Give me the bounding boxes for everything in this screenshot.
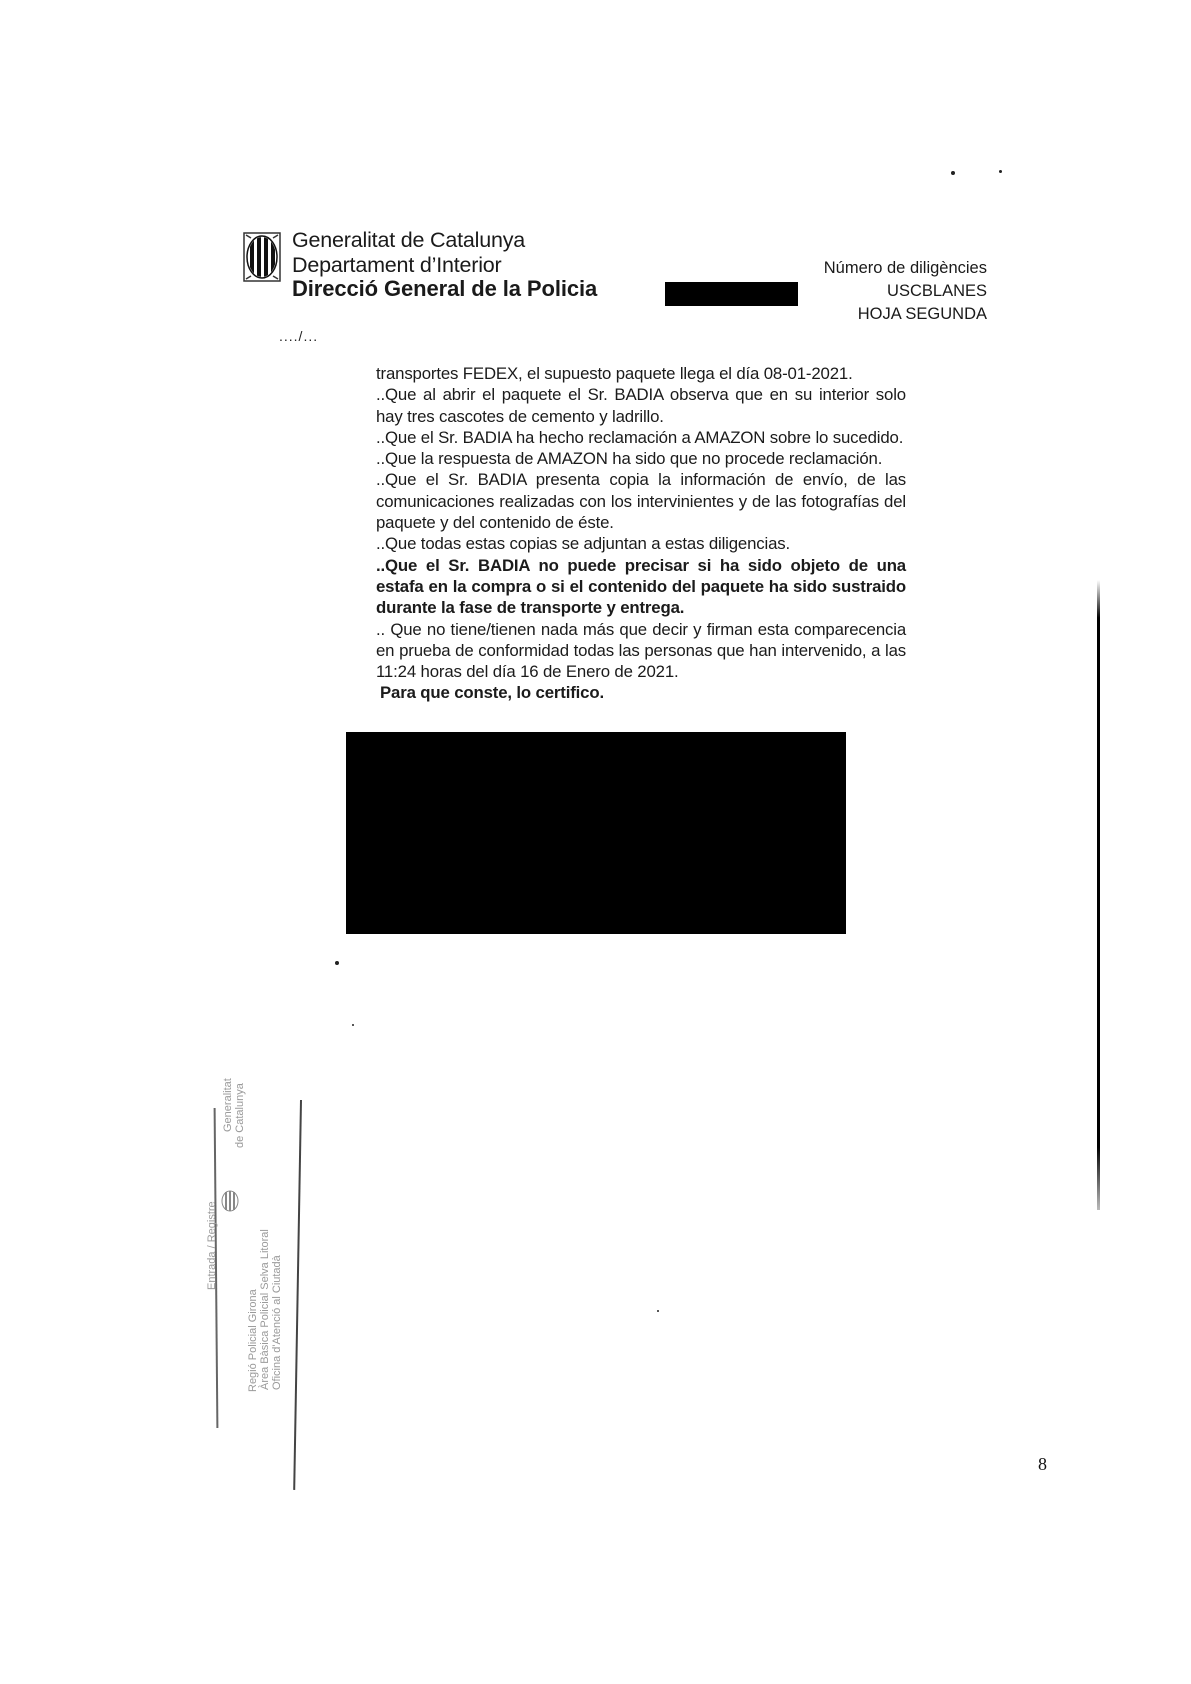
paragraph: ..Que todas estas copias se adjuntan a e… <box>376 533 906 554</box>
entry-stamp: Generalitat de Catalunya Regió Policial … <box>190 1090 310 1510</box>
stamp-text: Oficina d'Atenció al Ciutadà <box>271 1255 283 1390</box>
scan-speck <box>999 170 1002 173</box>
stamp-text: Regió Policial Girona <box>247 1289 259 1392</box>
stamp-text: de Catalunya <box>234 1083 246 1148</box>
paragraph: transportes FEDEX, el supuesto paquete l… <box>376 363 906 384</box>
scan-speck <box>352 1024 354 1026</box>
redacted-signature-block <box>346 732 846 934</box>
certification-line: Para que conste, lo certifico. <box>376 682 906 703</box>
page-number: 8 <box>1038 1454 1047 1475</box>
continuation-mark: ..../... <box>279 328 318 344</box>
paragraph: ..Que al abrir el paquete el Sr. BADIA o… <box>376 384 906 427</box>
org-name: Generalitat de Catalunya <box>292 227 525 253</box>
scan-speck <box>657 1310 659 1312</box>
document-body: transportes FEDEX, el supuesto paquete l… <box>376 363 906 704</box>
stamp-text: Entrada / Registre <box>206 1201 218 1290</box>
stamp-logo-icon <box>221 1190 239 1212</box>
catalan-coat-of-arms-icon <box>243 232 281 282</box>
scan-speck <box>335 961 339 965</box>
stamp-text: Àrea Bàsica Policial Selva Litoral <box>259 1229 271 1390</box>
department-name: Departament d’Interior <box>292 252 502 278</box>
reference-label: Número de diligències <box>824 258 987 279</box>
reference-number-suffix: USCBLANES <box>887 281 987 302</box>
scan-edge-line <box>1097 580 1100 1210</box>
sheet-label: HOJA SEGUNDA <box>858 304 987 325</box>
stamp-text: Generalitat <box>222 1078 234 1132</box>
scan-speck <box>951 171 955 175</box>
paragraph-bold: ..Que el Sr. BADIA no puede precisar si … <box>376 555 906 619</box>
paragraph: .. Que no tiene/tienen nada más que deci… <box>376 619 906 683</box>
paragraph: ..Que la respuesta de AMAZON ha sido que… <box>376 448 906 469</box>
paragraph: ..Que el Sr. BADIA ha hecho reclamación … <box>376 427 906 448</box>
redacted-reference-number <box>665 282 798 306</box>
paragraph: ..Que el Sr. BADIA presenta copia la inf… <box>376 469 906 533</box>
directorate-name: Direcció General de la Policia <box>292 276 597 302</box>
